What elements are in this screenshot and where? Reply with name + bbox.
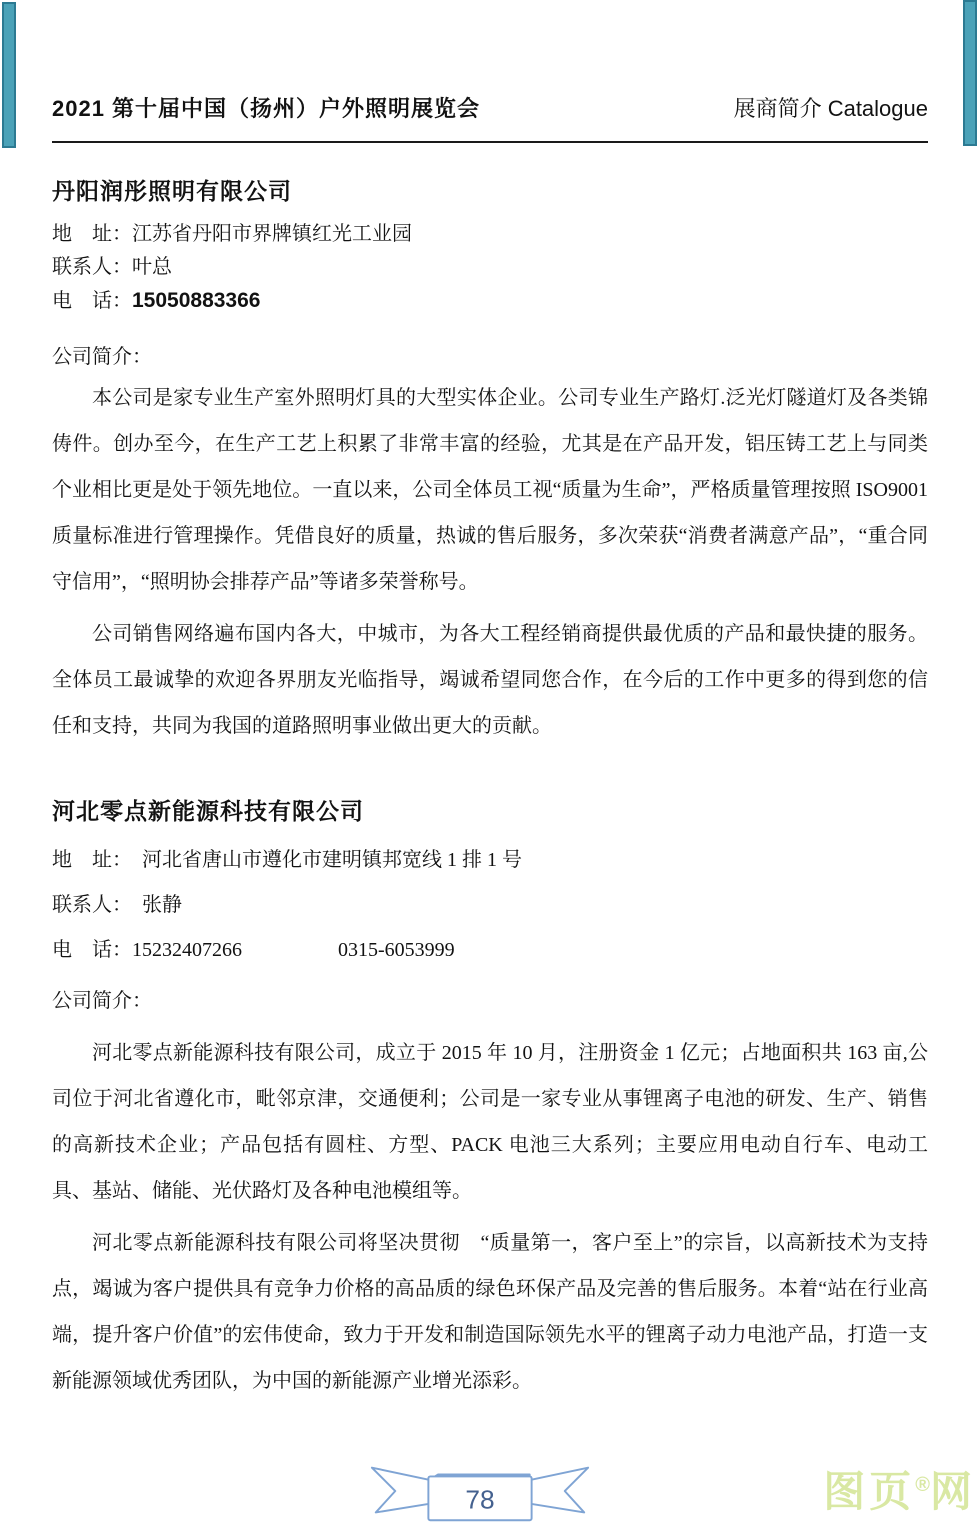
company-profile-1: 丹阳润彤照明有限公司 地 址：江苏省丹阳市界牌镇红光工业园 联系人：叶总 电 话…: [52, 173, 928, 749]
address-label: 地 址：: [52, 223, 132, 245]
page-number: 78: [465, 1485, 494, 1515]
address-row: 地 址： 河北省唐山市遵化市建明镇邦宽线 1 排 1 号: [52, 838, 928, 883]
contact-person-row: 联系人：叶总: [52, 251, 928, 284]
company-name: 丹阳润彤照明有限公司: [52, 173, 928, 206]
page-header: 2021 第十届中国（扬州）户外照明展览会 展商简介 Catalogue: [52, 92, 928, 143]
exhibition-title: 2021 第十届中国（扬州）户外照明展览会: [52, 92, 480, 123]
intro-label: 公司简介：: [52, 340, 928, 369]
contact-label: 联系人：: [52, 894, 142, 916]
page-content: 2021 第十届中国（扬州）户外照明展览会 展商简介 Catalogue 丹阳润…: [0, 92, 980, 1404]
catalogue-page: 2021 第十届中国（扬州）户外照明展览会 展商简介 Catalogue 丹阳润…: [0, 0, 980, 1523]
contact-label: 联系人：: [52, 256, 132, 278]
contact-info: 地 址： 河北省唐山市遵化市建明镇邦宽线 1 排 1 号 联系人： 张静 电 话…: [52, 838, 928, 973]
intro-label: 公司简介：: [52, 979, 928, 1024]
company-intro-paragraph: 本公司是家专业生产室外照明灯具的大型实体企业。公司专业生产路灯.泛光灯隧道灯及各…: [52, 375, 928, 605]
phone-value: 15232407266: [132, 939, 242, 961]
watermark-text-left: 图页: [823, 1468, 915, 1515]
contact-value: 叶总: [132, 256, 172, 278]
contact-value: 张静: [142, 894, 182, 916]
catalogue-label: 展商简介 Catalogue: [734, 92, 928, 123]
contact-person-row: 联系人： 张静: [52, 883, 928, 928]
watermark-text-right: 网: [930, 1468, 976, 1515]
address-label: 地 址：: [52, 849, 142, 871]
company-intro-paragraph: 河北零点新能源科技有限公司，成立于 2015 年 10 月，注册资金 1 亿元；…: [52, 1030, 928, 1214]
right-accent-bar: [963, 0, 977, 146]
ribbon-banner-icon: 78: [368, 1461, 592, 1523]
contact-info: 地 址：江苏省丹阳市界牌镇红光工业园 联系人：叶总 电 话：1505088336…: [52, 218, 928, 318]
phone2-value: 0315-6053999: [338, 939, 455, 961]
page-number-ribbon: 78: [368, 1461, 592, 1523]
address-row: 地 址：江苏省丹阳市界牌镇红光工业园: [52, 218, 928, 251]
company-profile-2: 河北零点新能源科技有限公司 地 址： 河北省唐山市遵化市建明镇邦宽线 1 排 1…: [52, 793, 928, 1404]
address-value: 河北省唐山市遵化市建明镇邦宽线 1 排 1 号: [142, 849, 522, 871]
registered-mark-icon: ®: [915, 1474, 930, 1496]
phone-value: 15050883366: [132, 289, 260, 312]
phone-row: 电 话：152324072660315-6053999: [52, 928, 928, 973]
left-accent-bar: [2, 2, 16, 148]
phone-row: 电 话：15050883366: [52, 284, 928, 318]
company-intro-paragraph: 河北零点新能源科技有限公司将坚决贯彻 “质量第一，客户至上”的宗旨，以高新技术为…: [52, 1220, 928, 1404]
address-value: 江苏省丹阳市界牌镇红光工业园: [132, 223, 412, 245]
phone-label: 电 话：: [52, 939, 132, 961]
watermark: 图页®网: [823, 1471, 976, 1513]
company-intro-paragraph: 公司销售网络遍布国内各大，中城市，为各大工程经销商提供最优质的产品和最快捷的服务…: [52, 611, 928, 749]
phone-label: 电 话：: [52, 290, 132, 312]
company-name: 河北零点新能源科技有限公司: [52, 793, 928, 826]
